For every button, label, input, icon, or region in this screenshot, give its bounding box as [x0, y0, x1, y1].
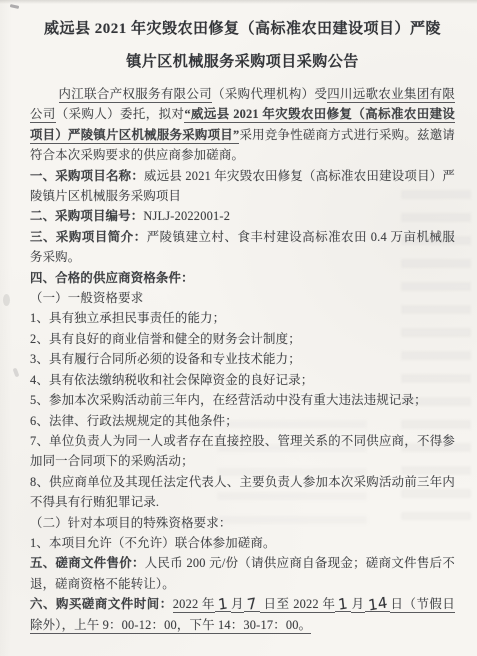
document-content: 威远县 2021 年灾毁农田修复（高标准农田建设项目）严陵镇片区机械服务采购项目…: [30, 13, 455, 635]
scan-artifact-speck: [13, 368, 20, 378]
text-segment: 1、具有独立承担民事责任的能力；: [30, 311, 225, 325]
doc-title-line: 镇片区机械服务采购项目采购公告: [30, 46, 455, 79]
text-segment: 4、具有依法缴纳税收和社会保障资金的良好记录；: [30, 373, 313, 387]
item-project-brief: 三、采购项目简介：严陵镇建立村、食丰村建设高标准农田 0.4 万亩机械服务采购。: [30, 227, 455, 268]
text-segment: 2022 年: [173, 597, 215, 613]
text-segment: 3、具有履行合同所必须的设备和专业技术能力；: [30, 352, 301, 366]
requirement-1: 1、具有独立承担民事责任的能力；: [30, 308, 455, 328]
handwritten-date-text: 14: [367, 596, 388, 612]
item-project-name: 一、采购项目名称：威远县 2021 年灾毁农田修复（高标准农田建设项目）严陵镇片…: [30, 166, 455, 207]
requirement-7: 7、单位负责人为同一人或者存在直接控股、管理关系的不同供应商，不得参加同一合同项…: [30, 431, 455, 472]
text-segment: 月: [351, 597, 364, 613]
text-segment: 8、供应商单位及其现任法定代表人、主要负责人参加本次采购活动前三年内不得具有行贿…: [30, 475, 455, 509]
requirement-5: 5、参加本次采购活动前三年内，在经营活动中没有重大违法违规记录；: [30, 390, 455, 410]
doc-body: 内江联合产权服务有限公司（采购代理机构）受四川远歌农业集团有限公司（采购人）委托…: [30, 84, 455, 635]
doc-title-line: 威远县 2021 年灾毁农田修复（高标准农田建设项目）严陵: [30, 13, 455, 46]
requirement-4: 4、具有依法缴纳税收和社会保障资金的良好记录；: [30, 370, 455, 390]
text-segment: 1、本项目允许（不允许）联合体参加磋商。: [30, 536, 276, 550]
scanned-document-page: 威远县 2021 年灾毁农田修复（高标准农田建设项目）严陵镇片区机械服务采购项目…: [0, 0, 477, 656]
requirement-2: 2、具有良好的商业信誉和健全的财务会计制度；: [30, 329, 455, 349]
subheading-general-requirements: （一）一般资格要求: [30, 288, 455, 308]
handwritten-date-slot: 14: [365, 597, 391, 612]
text-segment: 6、法律、行政法规规定的其他条件；: [30, 414, 238, 428]
section-heading-label: 一、采购项目名称：: [30, 169, 144, 183]
subheading-special-requirements: （二）针对本项目的特殊资格要求：: [30, 513, 455, 533]
text-segment: （二）针对本项目的特殊资格要求：: [30, 516, 231, 530]
doc-title: 威远县 2021 年灾毁农田修复（高标准农田建设项目）严陵镇片区机械服务采购项目…: [30, 13, 455, 79]
handwritten-date-slot: 7: [244, 597, 260, 612]
text-segment: （一）一般资格要求: [30, 291, 143, 305]
section-heading-label: 四、合格的供应商资格条件：: [30, 271, 194, 285]
handwritten-date-slot: 1: [335, 597, 351, 612]
section-heading-label: 六、购买磋商文件时间：: [30, 597, 173, 611]
text-segment: 2、具有良好的商业信誉和健全的财务会计制度；: [30, 332, 301, 346]
section-heading-label: 五、磋商文件售价：: [30, 556, 145, 570]
text-segment: 月: [231, 597, 244, 613]
text-segment: 日至 2022 年: [260, 597, 336, 613]
handwritten-date-text: 7: [247, 597, 258, 612]
handwritten-date-text: 1: [218, 597, 229, 612]
handwritten-date-slot: 1: [215, 597, 231, 612]
text-segment: 内江联合产权服务有限公司: [59, 87, 213, 103]
item-purchase-time: 六、购买磋商文件时间：2022 年1月7 日至 2022 年1月14日（节假日除…: [30, 594, 455, 635]
text-segment: （采购代理机构）受: [212, 87, 327, 101]
text-segment: 7、单位负责人为同一人或者存在直接控股、管理关系的不同供应商，不得参加同一合同项…: [30, 434, 455, 468]
requirement-8: 8、供应商单位及其现任法定代表人、主要负责人参加本次采购活动前三年内不得具有行贿…: [30, 472, 455, 513]
handwritten-date-text: 1: [338, 597, 349, 612]
scan-artifact-speck: [10, 4, 19, 9]
section-heading-label: 二、采购项目编号：: [30, 209, 143, 223]
item-document-price: 五、磋商文件售价：人民币 200 元/份（请供应商自备现金；磋商文件售后不退，磋…: [30, 553, 455, 594]
scan-artifact-speck: [3, 294, 10, 306]
section-heading-label: 三、采购项目简介：: [30, 230, 147, 244]
item-supplier-qualifications: 四、合格的供应商资格条件：: [30, 268, 455, 288]
requirement-6: 6、法律、行政法规规定的其他条件；: [30, 411, 455, 431]
intro-paragraph: 内江联合产权服务有限公司（采购代理机构）受四川远歌农业集团有限公司（采购人）委托…: [30, 84, 455, 166]
text-segment: （采购人）委托，拟对: [56, 107, 185, 121]
item-project-number: 二、采购项目编号：NJLJ-2022001-2: [30, 206, 455, 226]
requirement-3: 3、具有履行合同所必须的设备和专业技术能力；: [30, 349, 455, 369]
text-segment: 5、参加本次采购活动前三年内，在经营活动中没有重大违法违规记录；: [30, 393, 427, 407]
text-segment: NJLJ-2022001-2: [143, 209, 230, 223]
special-requirement-1: 1、本项目允许（不允许）联合体参加磋商。: [30, 533, 455, 553]
